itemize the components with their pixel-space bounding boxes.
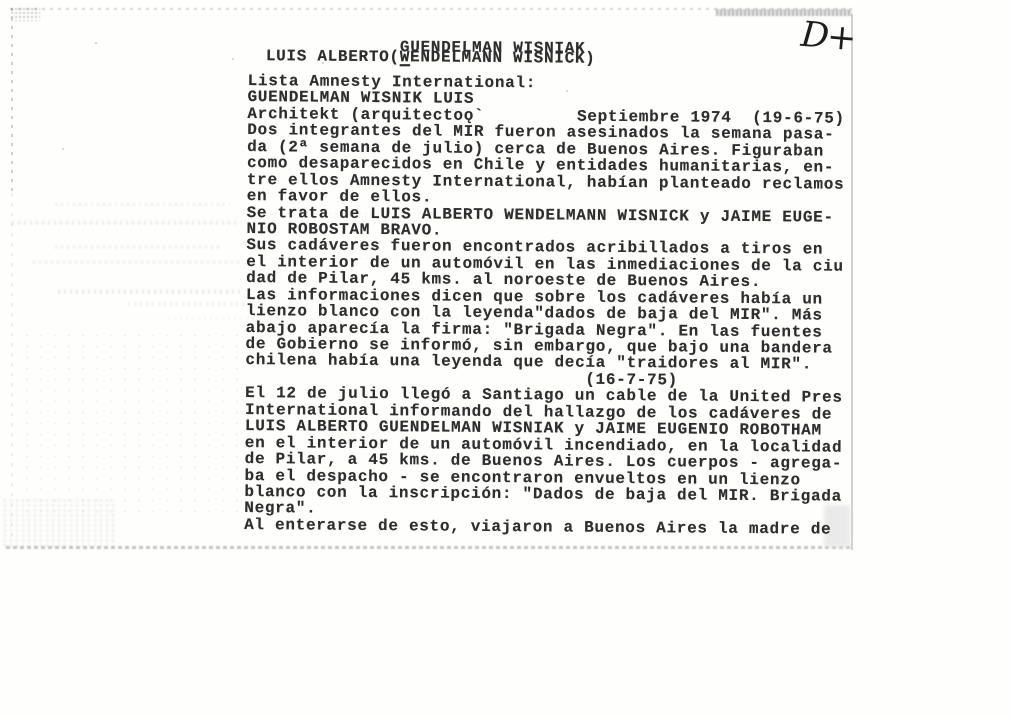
speck bbox=[232, 58, 234, 60]
speck bbox=[95, 42, 97, 44]
card-top-edge-shading bbox=[716, 9, 852, 16]
name-line-prefix: LUIS ALBERTO( bbox=[266, 47, 400, 66]
bleed-through-mark bbox=[12, 221, 240, 225]
bleed-through-mark bbox=[128, 302, 246, 306]
scanned-document-page: GUENDELMAN WISNIAK LUIS ALBERTO(WENDELMA… bbox=[0, 0, 1012, 717]
document-card: GUENDELMAN WISNIAK LUIS ALBERTO(WENDELMA… bbox=[0, 0, 1012, 717]
name-line-underlined-letter: W bbox=[400, 48, 410, 66]
card-left-edge-faint bbox=[11, 193, 13, 538]
bleed-through-mark bbox=[55, 203, 230, 206]
typewritten-line: Al enterarse de esto, viajaron a Buenos … bbox=[244, 517, 842, 538]
typewritten-text-block: GUENDELMAN WISNIAK LUIS ALBERTO(WENDELMA… bbox=[244, 37, 868, 542]
card-left-edge bbox=[11, 8, 13, 193]
bleed-through-mark bbox=[55, 245, 220, 249]
card-top-left-corner bbox=[10, 7, 40, 21]
body-text: Lista Amnesty International:GUENDELMAN W… bbox=[244, 73, 845, 538]
bleed-through-mark bbox=[33, 260, 240, 264]
handwritten-grade-mark: D+ bbox=[799, 15, 856, 60]
speck bbox=[62, 148, 64, 150]
name-line: LUIS ALBERTO(WENDELMANN WISNICK) bbox=[266, 47, 596, 68]
left-margin-speckle-patch bbox=[20, 330, 245, 520]
bleed-through-mark bbox=[58, 289, 243, 294]
card-bottom-edge bbox=[6, 546, 852, 549]
name-line-rest: ENDELMANN WISNICK) bbox=[410, 48, 596, 67]
